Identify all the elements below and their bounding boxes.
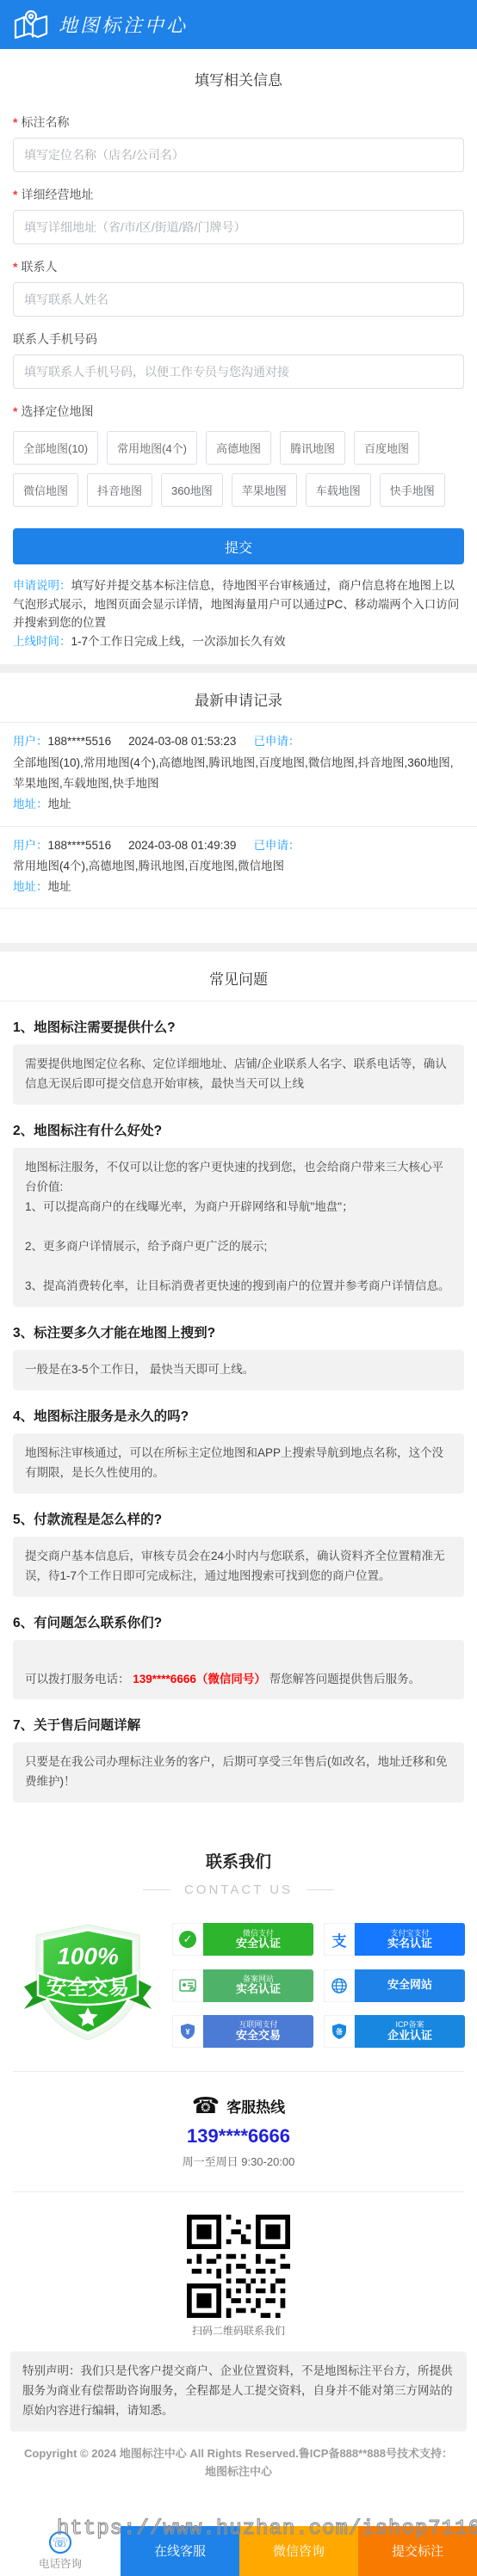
address-label: 地址： [13,880,48,893]
user-label: 用户： [13,735,48,748]
map-option-amap[interactable]: 高德地图 [206,431,271,465]
record-item: 用户：188****55162024-03-08 01:49:39已申请： 常用… [0,827,477,909]
qr-caption: 扫码二维码联系我们 [0,2323,477,2338]
svg-text:¥: ¥ [185,2027,189,2036]
globe-icon [324,1969,355,2002]
trust-badges-row: 100% 安全交易 ✓ 微信支付安全认证 支 支付宝支付实名认证 备 [0,1920,477,2049]
faq-answer: 地图标注审核通过，可以在所标主定位地图和APP上搜索导航到地点名称，这个没有期限… [13,1433,464,1494]
faq-question: 5、付款流程是怎么样的? [13,1509,464,1528]
disclaimer: 特别声明：我们只是代客户提交商户、企业位置资料，不是地图标注平台方，所提供服务为… [10,2351,467,2431]
form-title: 填写相关信息 [0,49,477,100]
badge-alipay: 支 支付宝支付实名认证 [324,1923,465,1956]
app-header: 地图标注中心 [0,0,477,49]
section-divider [0,943,477,952]
latest-records-section: 最新申请记录 用户：188****55162024-03-08 01:53:23… [0,673,477,943]
hotline-number[interactable]: 139****6666 [0,2125,477,2148]
map-option-baidu[interactable]: 百度地图 [354,431,419,465]
faq-answer: 需要提供地图定位名称、定位详细地址、店铺/企业联系人名字、联系电话等，确认信息无… [13,1045,464,1105]
bottom-action-bar: https://www.huzhan.com/ishop7116 ☏ 电话咨询 … [0,2526,477,2576]
faq-answer: 提交商户基本信息后，审核专员会在24小时内与您联系，确认资料齐全位置精准无误，待… [13,1537,464,1597]
section-divider [0,664,477,673]
record-maps: 常用地图(4个),高德地图,腾讯地图,百度地图,微信地图 [13,856,464,877]
tab-online-service[interactable]: 在线客服 [121,2526,239,2576]
trust-badges-grid: ✓ 微信支付安全认证 支 支付宝支付实名认证 备案网站实名认证 安全网站 [165,1920,467,2049]
address-value: 地址 [48,798,71,810]
record-time: 2024-03-08 01:49:39 [128,839,236,852]
required-asterisk: * [13,260,17,274]
faq-answer: 只要是在我公司办理标注业务的客户，后期可享受三年售后(如改名，地址迁移和免费维护… [13,1742,464,1803]
map-option-all[interactable]: 全部地图(10) [13,431,98,465]
shield-yuan-icon: ¥ [172,2015,203,2048]
alipay-icon: 支 [324,1923,355,1956]
badge-internet-pay: ¥ 互联网支付安全交易 [172,2015,313,2048]
record-maps: 全部地图(10),常用地图(4个),高德地图,腾讯地图,百度地图,微信地图,抖音… [13,753,464,795]
tab-submit-annotation[interactable]: 提交标注 [358,2526,477,2576]
service-phone: 139****6666（微信同号） [133,1673,266,1685]
records-title: 最新申请记录 [0,673,477,723]
user-label: 用户： [13,839,48,852]
address-input[interactable] [13,210,464,244]
map-option-wechat[interactable]: 微信地图 [13,473,78,507]
svg-text:安全交易: 安全交易 [46,1975,129,2000]
faq-answer: 可以拨打服务电话： 139****6666（微信同号） 帮您解答问题提供售后服务… [13,1640,464,1700]
copyright: Copyright © 2024 地图标注中心 All Rights Reser… [0,2442,477,2481]
site-title: 地图标注中心 [59,11,188,38]
svg-text:备: 备 [336,2027,343,2036]
phone-handset-icon: ☏ [49,2531,71,2554]
faq-question: 3、标注要多久才能在地图上搜到? [13,1322,464,1341]
shield-bei-icon: 备 [324,2015,355,2048]
faq-question: 1、地图标注需要提供什么? [13,1017,464,1036]
map-option-common[interactable]: 常用地图(4个) [107,431,197,465]
map-option-tencent[interactable]: 腾讯地图 [280,431,345,465]
tab-phone-consult[interactable]: ☏ 电话咨询 [0,2526,121,2576]
map-option-apple[interactable]: 苹果地图 [232,473,297,507]
wechat-check-icon: ✓ [172,1923,203,1956]
telephone-icon: ☎ [192,2094,220,2117]
tab-wechat-consult[interactable]: 微信咨询 [239,2526,358,2576]
id-card-icon [172,1969,203,2002]
record-time: 2024-03-08 01:53:23 [128,735,236,748]
tab-phone-label: 电话咨询 [39,2555,82,2571]
required-asterisk: * [13,404,17,418]
contact-section: 联系我们 CONTACT US 100% 安全交易 [0,1849,477,2480]
phone-input[interactable] [13,354,464,389]
faq-answer: 一般是在3-5个工作日， 最快当天即可上线。 [13,1350,464,1390]
field-label-phone: 联系人手机号码 [13,330,464,348]
qr-code [187,2215,290,2318]
faq-section: 常见问题 1、地图标注需要提供什么? 需要提供地图定位名称、定位详细地址、店铺/… [0,952,477,1827]
faq-question: 4、地图标注服务是永久的吗? [13,1406,464,1425]
badge-registered-site: 备案网站实名认证 [172,1969,313,2002]
submit-button[interactable]: 提交 [13,528,464,564]
required-asterisk: * [13,115,17,129]
required-asterisk: * [13,188,17,201]
map-option-kuaishou[interactable]: 快手地图 [380,473,445,507]
record-item: 用户：188****55162024-03-08 01:53:23已申请： 全部… [0,723,477,826]
badge-secure-site: 安全网站 [324,1969,465,2002]
svg-text:100%: 100% [57,1943,119,1969]
user-value: 188****5516 [48,839,112,852]
field-label-map-select: *选择定位地图 [13,403,464,420]
faq-question: 6、有问题怎么联系你们? [13,1612,464,1631]
contact-name-input[interactable] [13,282,464,317]
hotline-header: ☎ 客服热线 [0,2094,477,2117]
applied-label: 已申请： [253,735,300,748]
faq-title: 常见问题 [0,952,477,1001]
divider [13,2071,464,2072]
divider [13,2191,464,2192]
address-label: 地址： [13,798,48,810]
note2-label: 上线时间： [13,635,71,648]
name-input[interactable] [13,138,464,172]
map-options-group: 全部地图(10) 常用地图(4个) 高德地图 腾讯地图 百度地图 微信地图 抖音… [9,427,468,511]
user-value: 188****5516 [48,735,112,748]
applied-label: 已申请： [253,839,300,852]
map-option-360[interactable]: 360地图 [161,473,223,507]
contact-title: 联系我们 [0,1849,477,1872]
contact-subtitle: CONTACT US [0,1883,477,1897]
apply-note: 申请说明：填写好并提交基本标注信息，待地图平台审核通过，商户信息将在地图上以气泡… [13,576,464,650]
badge-wechat-pay: ✓ 微信支付安全认证 [172,1923,313,1956]
shield-100-icon: 100% 安全交易 [19,1920,157,2049]
faq-question: 7、关于售后问题详解 [13,1715,464,1734]
map-option-douyin[interactable]: 抖音地图 [87,473,152,507]
field-label-address: *详细经营地址 [13,186,464,203]
secure-trade-shield-badge: 100% 安全交易 [10,1920,165,2049]
hotline-hours: 周一至周日 9:30-20:00 [0,2153,477,2169]
badge-icp: 备 ICP备案企业认证 [324,2015,465,2048]
field-label-contact: *联系人 [13,258,464,275]
faq-question: 2、地图标注有什么好处? [13,1120,464,1139]
address-value: 地址 [48,880,71,893]
note1-label: 申请说明： [13,579,71,592]
annotation-form-section: 填写相关信息 *标注名称 *详细经营地址 *联系人 联系人手机号码 *选择定位地… [0,49,477,650]
map-pin-logo-icon [12,9,50,40]
hotline-label: 客服热线 [226,2095,285,2117]
field-label-name: *标注名称 [13,114,464,131]
map-option-car[interactable]: 车载地图 [306,473,371,507]
faq-answer: 地图标注服务，不仅可以让您的客户更快速的找到您，也会给商户带来三大核心平台价值:… [13,1148,464,1307]
